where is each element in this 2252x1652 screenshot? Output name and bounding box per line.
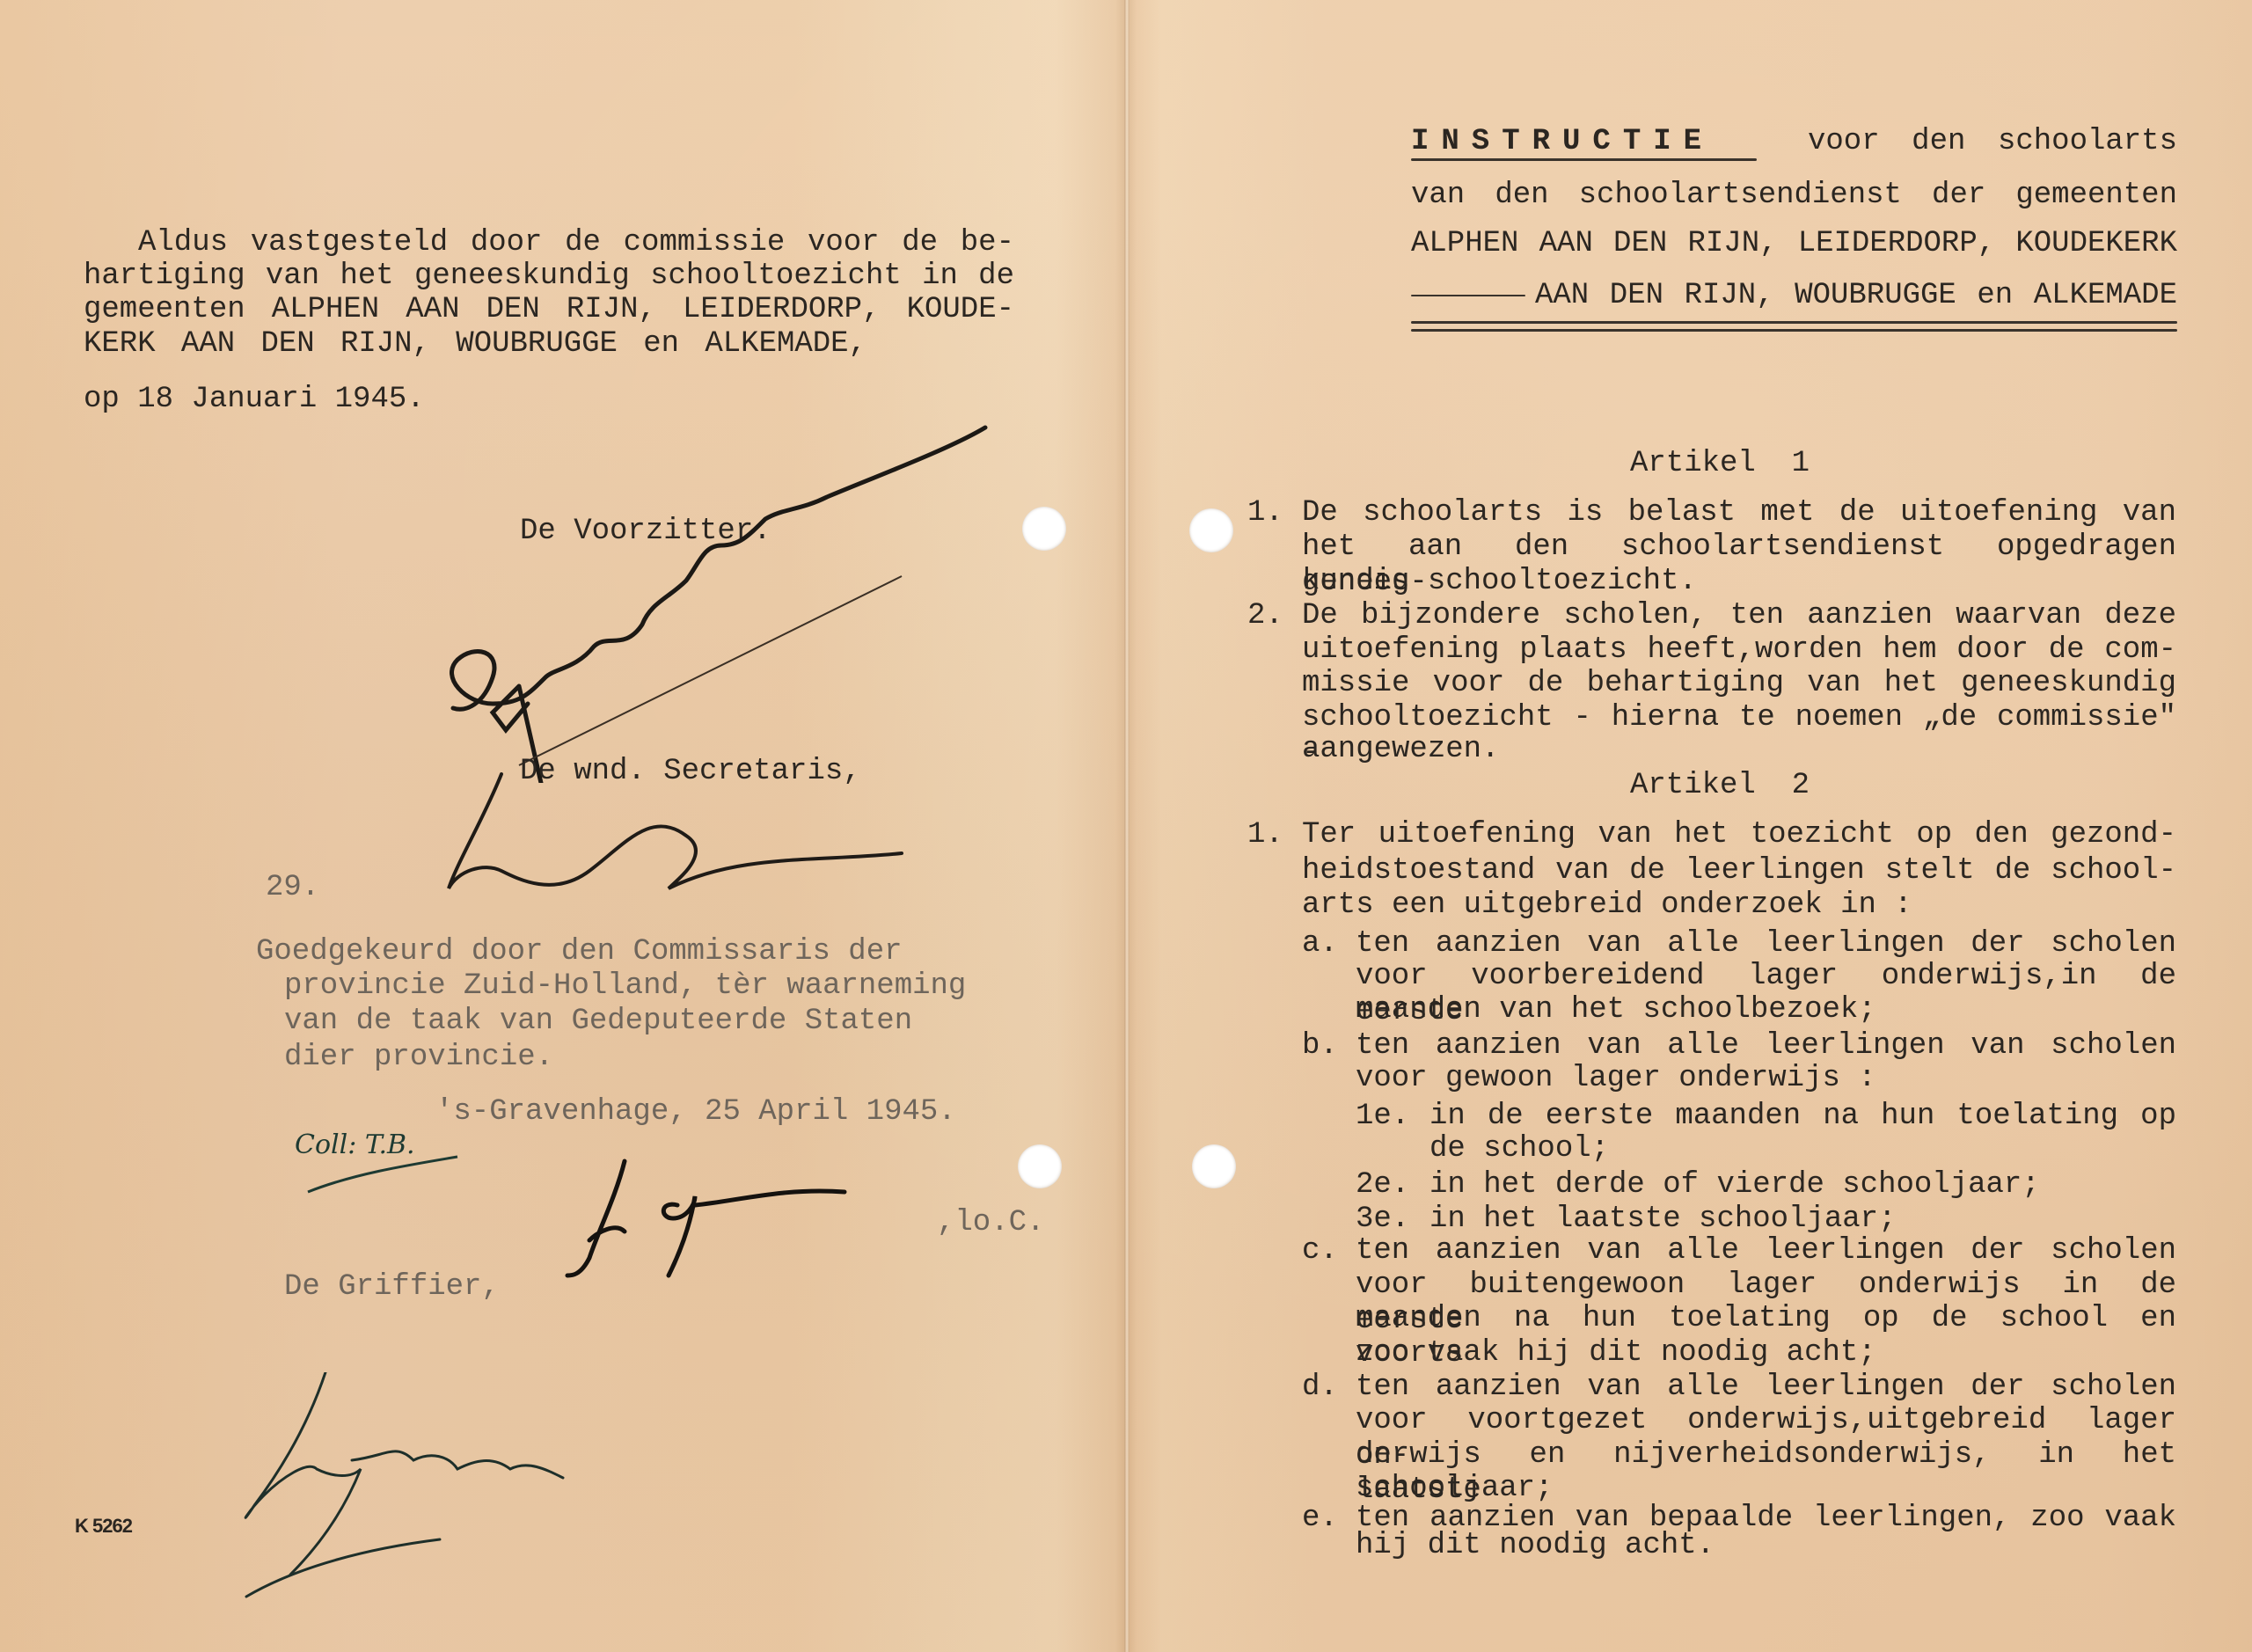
article-text-line: De bijzondere scholen, ten aanzien waarv…	[1302, 598, 2176, 633]
lo-c-abbreviation: ,lo.C.	[937, 1205, 1044, 1240]
form-code: K 5262	[75, 1515, 132, 1538]
subitem-b-1e-marker: 1e.	[1356, 1099, 1409, 1134]
article-text-line: aangewezen.	[1302, 732, 1499, 767]
subitem-d-marker: d.	[1302, 1370, 1338, 1405]
title-double-rule-bottom	[1411, 329, 2177, 332]
secretary-label: De wnd. Secretaris,	[520, 754, 861, 789]
article-text-line: het aan den schoolartsendienst opgedrage…	[1302, 530, 2176, 565]
punch-hole	[1189, 508, 1233, 552]
title-instructie: INSTRUCTIE	[1411, 124, 1714, 159]
title-line-4: AAN DEN RIJN, WOUBRUGGE en ALKEMADE	[1535, 278, 2177, 313]
article-text-line: De schoolarts is belast met de uitoefeni…	[1302, 495, 2176, 530]
article-1-item-1-marker: 1.	[1247, 495, 1283, 530]
article-text-line: ten aanzien van alle leerlingen van scho…	[1356, 1028, 2176, 1064]
article-text-line: schooltoezicht - hierna te noemen „de co…	[1302, 700, 2176, 735]
article-text-line: voor voortgezet onderwijs,uitgebreid lag…	[1356, 1403, 2176, 1438]
article-text-line: zoo vaak hij dit noodig acht;	[1356, 1335, 1876, 1371]
article-1-heading: Artikel 1	[1630, 446, 1810, 481]
article-text-line: ten aanzien van alle leerlingen der scho…	[1356, 926, 2176, 961]
subitem-b-3e-marker: 3e.	[1356, 1202, 1409, 1237]
article-text-line: ten aanzien van alle leerlingen der scho…	[1356, 1370, 2176, 1405]
article-text-line: maanden na hun toelating op de school en…	[1356, 1301, 2176, 1336]
title-double-rule-top	[1411, 321, 2177, 324]
article-text-line: arts een uitgebreid onderzoek in :	[1302, 888, 1912, 923]
article-text-line: in het laatste schooljaar;	[1429, 1202, 1897, 1237]
article-text-line: in de eerste maanden na hun toelating op	[1429, 1099, 2176, 1134]
approval-line-1: Goedgekeurd door den Commissaris der	[256, 934, 903, 969]
article-text-line: maanden van het schoolbezoek;	[1356, 992, 1876, 1027]
clerk-label: De Griffier,	[284, 1269, 500, 1305]
adoption-date: op 18 Januari 1945.	[84, 382, 425, 417]
article-text-line: hij dit noodig acht.	[1356, 1528, 1715, 1563]
article-text-line: in het derde of vierde schooljaar;	[1429, 1167, 2040, 1202]
approval-place-date: 's-Gravenhage, 25 April 1945.	[435, 1094, 956, 1129]
subitem-b-2e-marker: 2e.	[1356, 1167, 1409, 1202]
title-line-2: van den schoolartsendienst der gemeenten	[1411, 178, 2177, 213]
punch-hole	[1192, 1144, 1236, 1188]
article-text-line: de school;	[1429, 1131, 1609, 1166]
article-text-line: derwijs en nijverheidsonderwijs, in het …	[1356, 1437, 2176, 1473]
article-text-line: Ter uitoefening van het toezicht op den …	[1302, 817, 2176, 852]
punch-hole	[1018, 1144, 1062, 1188]
punch-hole	[1022, 507, 1066, 551]
adoption-line-4: KERK AAN DEN RIJN, WOUBRUGGE en ALKEMADE…	[84, 326, 866, 362]
adoption-line-2: hartiging van het geneeskundig schooltoe…	[84, 259, 1014, 294]
adoption-line-1: Aldus vastgesteld door de commissie voor…	[138, 225, 1014, 260]
center-fold	[1124, 0, 1130, 1652]
article-text-line: heidstoestand van de leerlingen stelt de…	[1302, 853, 2176, 888]
approval-line-4: dier provincie.	[284, 1040, 553, 1075]
subitem-a-marker: a.	[1302, 926, 1338, 961]
document-number: 29.	[266, 870, 319, 905]
title-leader-dash	[1411, 295, 1525, 296]
approval-line-2: provincie Zuid-Holland, tèr waarneming	[284, 969, 966, 1004]
article-text-line: ten aanzien van alle leerlingen der scho…	[1356, 1233, 2176, 1268]
approval-line-3: van de taak van Gedeputeerde Staten	[284, 1004, 912, 1039]
subitem-e-marker: e.	[1302, 1501, 1338, 1536]
chairman-label: De Voorzitter.	[520, 514, 771, 549]
article-2-heading: Artikel 2	[1630, 768, 1810, 803]
article-text-line: kundig schooltoezicht.	[1302, 564, 1697, 599]
article-text-line: uitoefening plaats heeft,worden hem door…	[1302, 632, 2176, 668]
article-text-line: missie voor de behartiging van het genee…	[1302, 666, 2176, 701]
article-text-line: voor gewoon lager onderwijs :	[1356, 1061, 1876, 1096]
title-line-1-rest: voor den schoolarts	[1808, 124, 2177, 159]
article-text-line: voor voorbereidend lager onderwijs,in de…	[1356, 959, 2176, 994]
title-line-3: ALPHEN AAN DEN RIJN, LEIDERDORP, KOUDEKE…	[1411, 226, 2177, 261]
coll-note: Coll: T.B.	[295, 1128, 415, 1163]
subitem-c-marker: c.	[1302, 1233, 1338, 1268]
adoption-line-3: gemeenten ALPHEN AAN DEN RIJN, LEIDERDOR…	[84, 292, 1014, 327]
article-2-item-1-marker: 1.	[1247, 817, 1283, 852]
article-text-line: voor buitengewoon lager onderwijs in de …	[1356, 1268, 2176, 1303]
subitem-b-marker: b.	[1302, 1028, 1338, 1064]
article-1-item-2-marker: 2.	[1247, 598, 1283, 633]
title-underline	[1411, 158, 1757, 161]
